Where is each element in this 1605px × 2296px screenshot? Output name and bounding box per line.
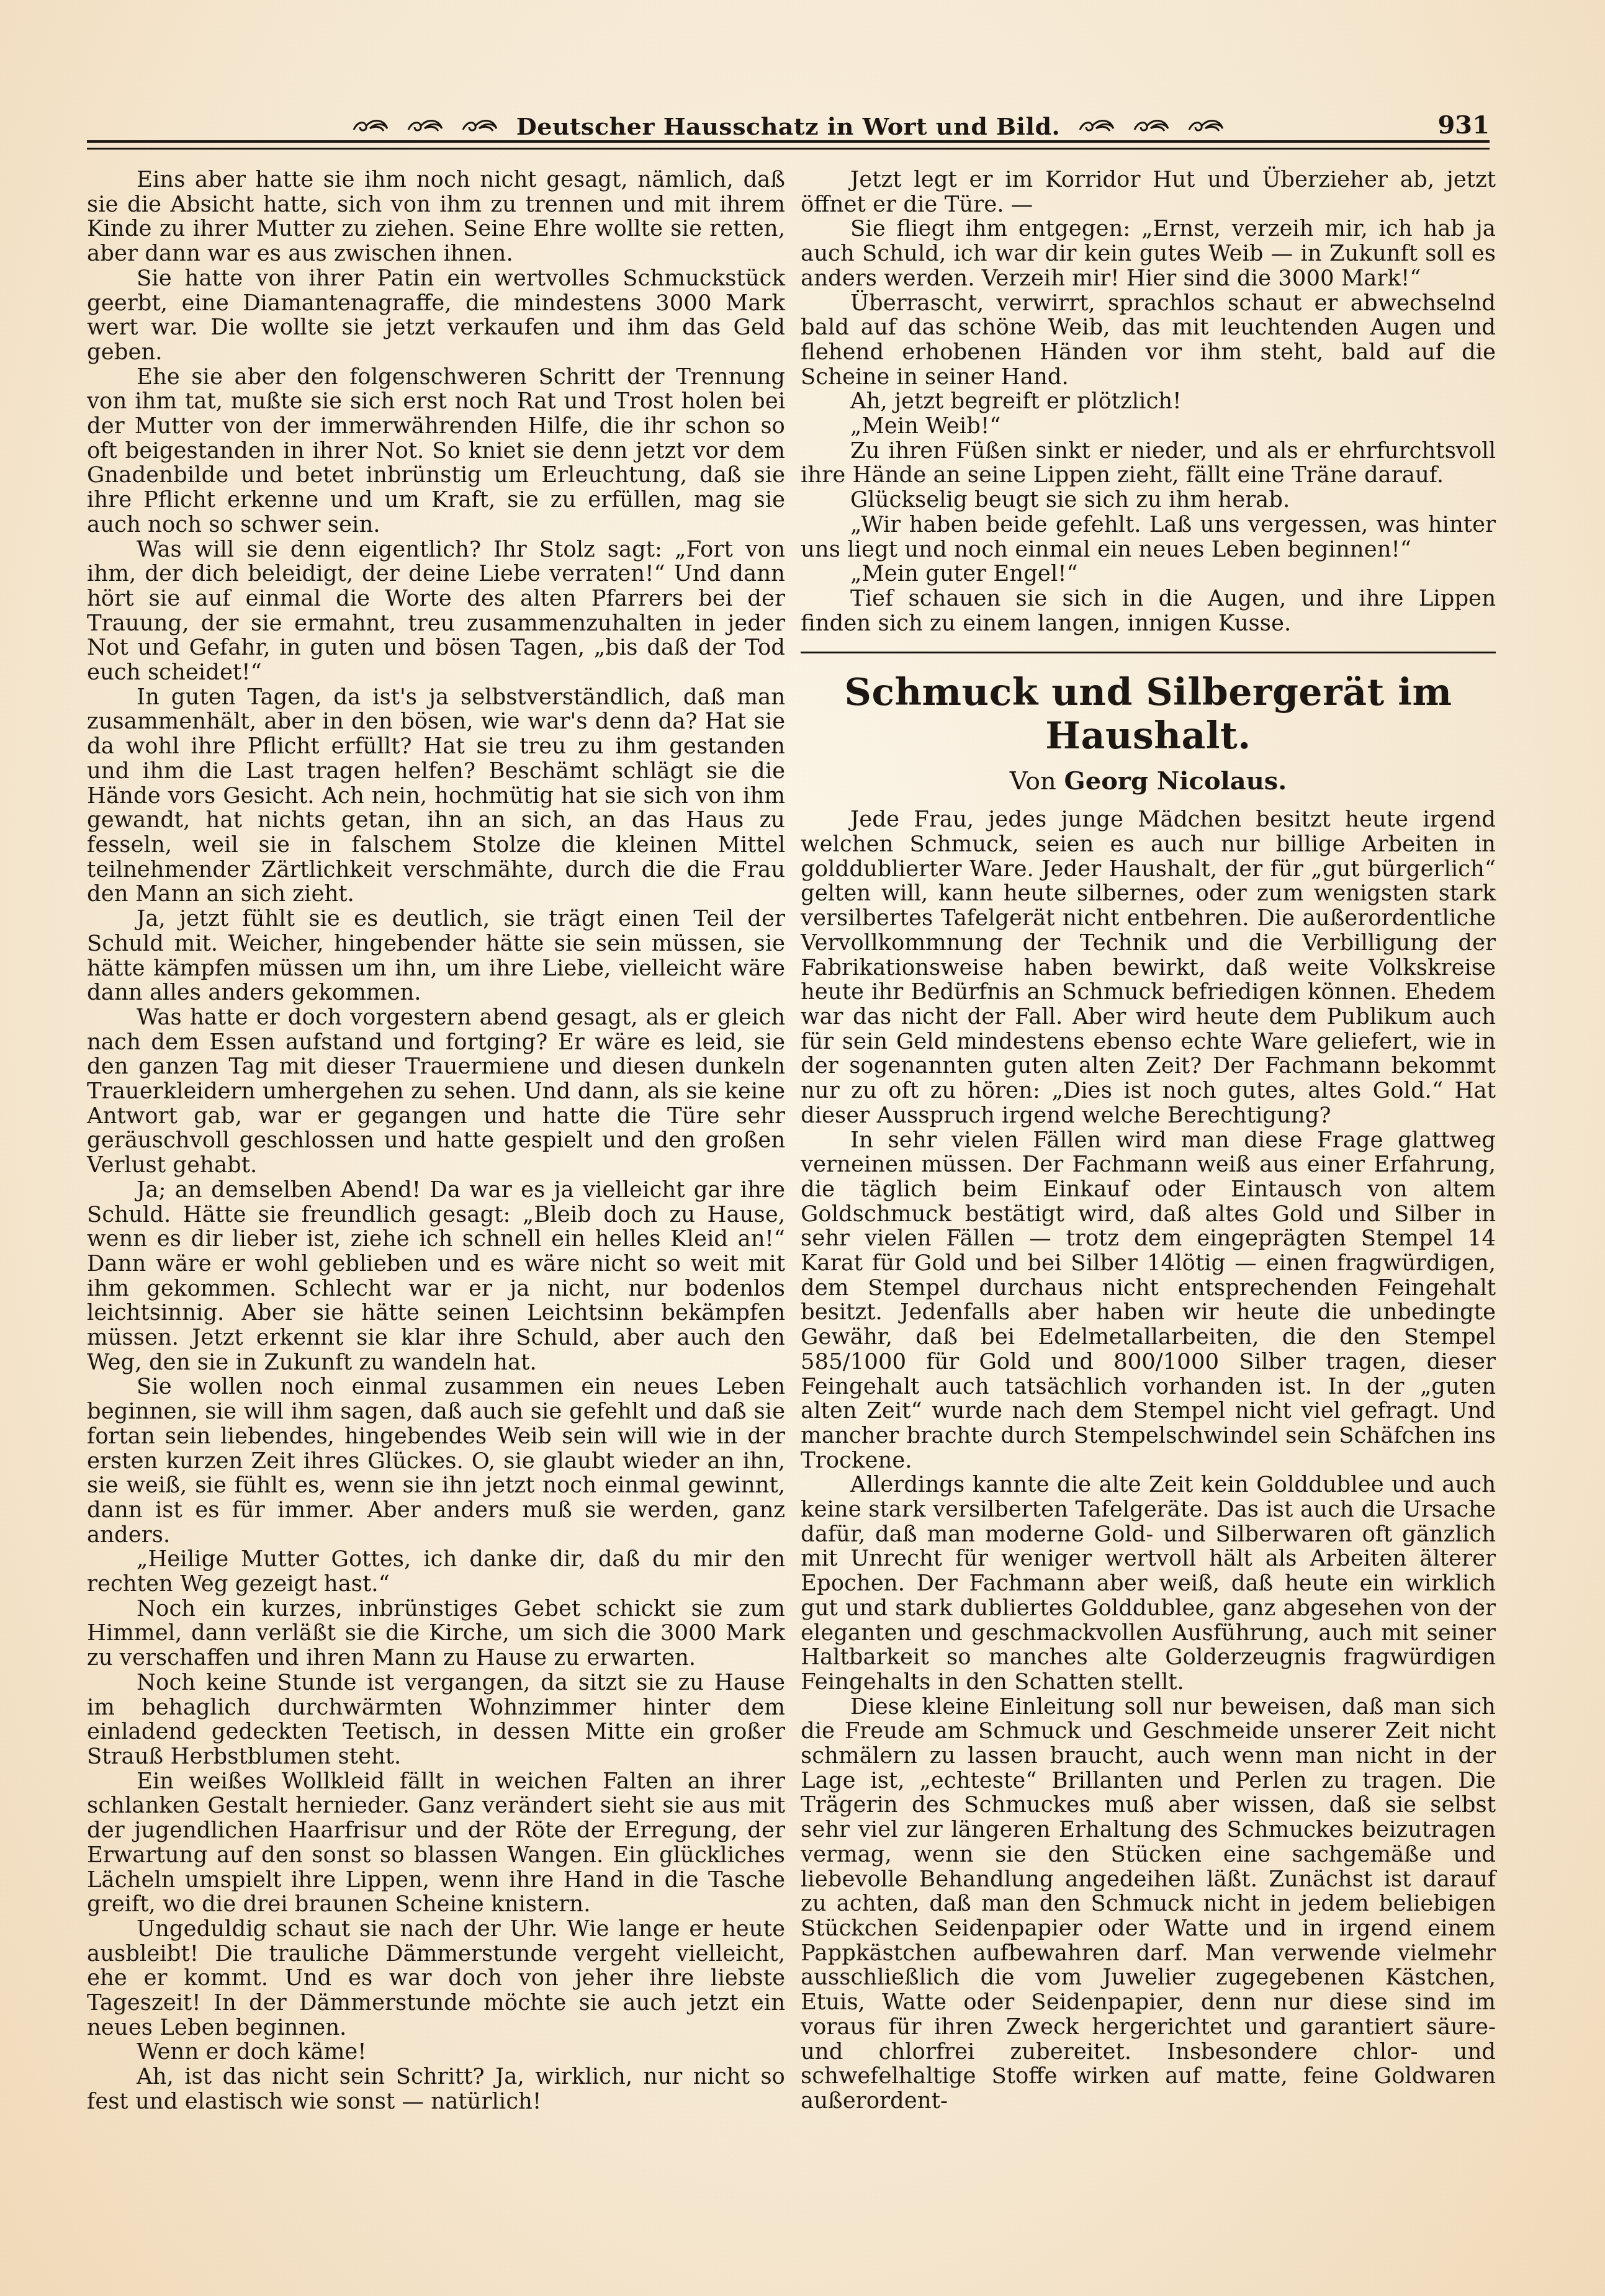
- article-paragraph: Allerdings kannte die alte Zeit kein Gol…: [801, 1473, 1496, 1694]
- story-paragraph: „Wir haben beide gefehlt. Laß uns verges…: [801, 513, 1496, 562]
- story-paragraph: Sie wollen noch einmal zusammen ein neue…: [87, 1374, 785, 1547]
- right-column: Jetzt legt er im Korridor Hut und Überzi…: [801, 168, 1496, 2114]
- section-divider: [801, 652, 1496, 653]
- floral-scroll-ornament-icon: [1187, 117, 1225, 135]
- story-paragraph: Was will sie denn eigentlich? Ihr Stolz …: [87, 537, 785, 685]
- story-paragraph: Ungeduldig schaut sie nach der Uhr. Wie …: [87, 1917, 785, 2040]
- article-title: Schmuck und Silbergerät im Haushalt.: [801, 671, 1496, 758]
- story-paragraph: Ja, jetzt fühlt sie es deutlich, sie trä…: [87, 907, 785, 1005]
- story-paragraph: Überrascht, verwirrt, sprachlos schaut e…: [801, 291, 1496, 390]
- ornament-group-left: [351, 117, 499, 135]
- story-paragraph: Tief schauen sie sich in die Augen, und …: [801, 586, 1496, 635]
- story-paragraph: Wenn er doch käme!: [87, 2040, 785, 2065]
- running-header: Deutscher Hausschatz in Wort und Bild. 9…: [87, 104, 1490, 154]
- left-column: Eins aber hatte sie ihm noch nicht gesag…: [87, 168, 785, 2114]
- article-paragraph: In sehr vielen Fällen wird man diese Fra…: [801, 1128, 1496, 1473]
- running-title: Deutscher Hausschatz in Wort und Bild.: [516, 112, 1060, 140]
- ornament-group-right: [1077, 117, 1225, 135]
- floral-scroll-ornament-icon: [1077, 117, 1116, 135]
- story-paragraph: Ah, ist das nicht sein Schritt? Ja, wirk…: [87, 2065, 785, 2114]
- story-paragraph: Jetzt legt er im Korridor Hut und Überzi…: [801, 168, 1496, 217]
- story-paragraph: Ah, jetzt begreift er plötzlich!: [801, 389, 1496, 414]
- story-paragraph: Sie fliegt ihm entgegen: „Ernst, verzeih…: [801, 217, 1496, 290]
- byline-prefix: Von: [1010, 767, 1064, 796]
- byline-author: Georg Nicolaus.: [1064, 766, 1287, 796]
- article-paragraph: Jede Frau, jedes junge Mädchen besitzt h…: [801, 807, 1496, 1128]
- story-paragraph: „Heilige Mutter Gottes, ich danke dir, d…: [87, 1547, 785, 1596]
- page-number: 931: [1438, 110, 1490, 140]
- story-paragraph: „Mein guter Engel!“: [801, 562, 1496, 586]
- article-byline: Von Georg Nicolaus.: [801, 766, 1496, 796]
- header-rule-top: [87, 140, 1490, 143]
- story-paragraph: Ehe sie aber den folgenschweren Schritt …: [87, 365, 785, 537]
- story-paragraph: „Mein Weib!“: [801, 414, 1496, 439]
- story-paragraph: Ja; an demselben Abend! Da war es ja vie…: [87, 1178, 785, 1375]
- header-rule-bottom: [87, 148, 1490, 150]
- floral-scroll-ornament-icon: [351, 117, 390, 135]
- story-paragraph: Glückselig beugt sie sich zu ihm herab.: [801, 488, 1496, 513]
- story-paragraph: Zu ihren Füßen sinkt er nieder, und als …: [801, 439, 1496, 488]
- floral-scroll-ornament-icon: [461, 117, 499, 135]
- story-paragraph: In guten Tagen, da ist's ja selbstverstä…: [87, 685, 785, 907]
- floral-scroll-ornament-icon: [1132, 117, 1171, 135]
- story-paragraph: Noch ein kurzes, inbrünstiges Gebet schi…: [87, 1597, 785, 1670]
- article-paragraph: Diese kleine Einleitung soll nur beweise…: [801, 1695, 1496, 2114]
- story-paragraph: Was hatte er doch vorgestern abend gesag…: [87, 1005, 785, 1178]
- story-paragraph: Eins aber hatte sie ihm noch nicht gesag…: [87, 168, 785, 266]
- story-paragraph: Ein weißes Wollkleid fällt in weichen Fa…: [87, 1769, 785, 1917]
- story-paragraph: Noch keine Stunde ist vergangen, da sitz…: [87, 1670, 785, 1769]
- floral-scroll-ornament-icon: [406, 117, 444, 135]
- story-paragraph: Sie hatte von ihrer Patin ein wertvolles…: [87, 266, 785, 365]
